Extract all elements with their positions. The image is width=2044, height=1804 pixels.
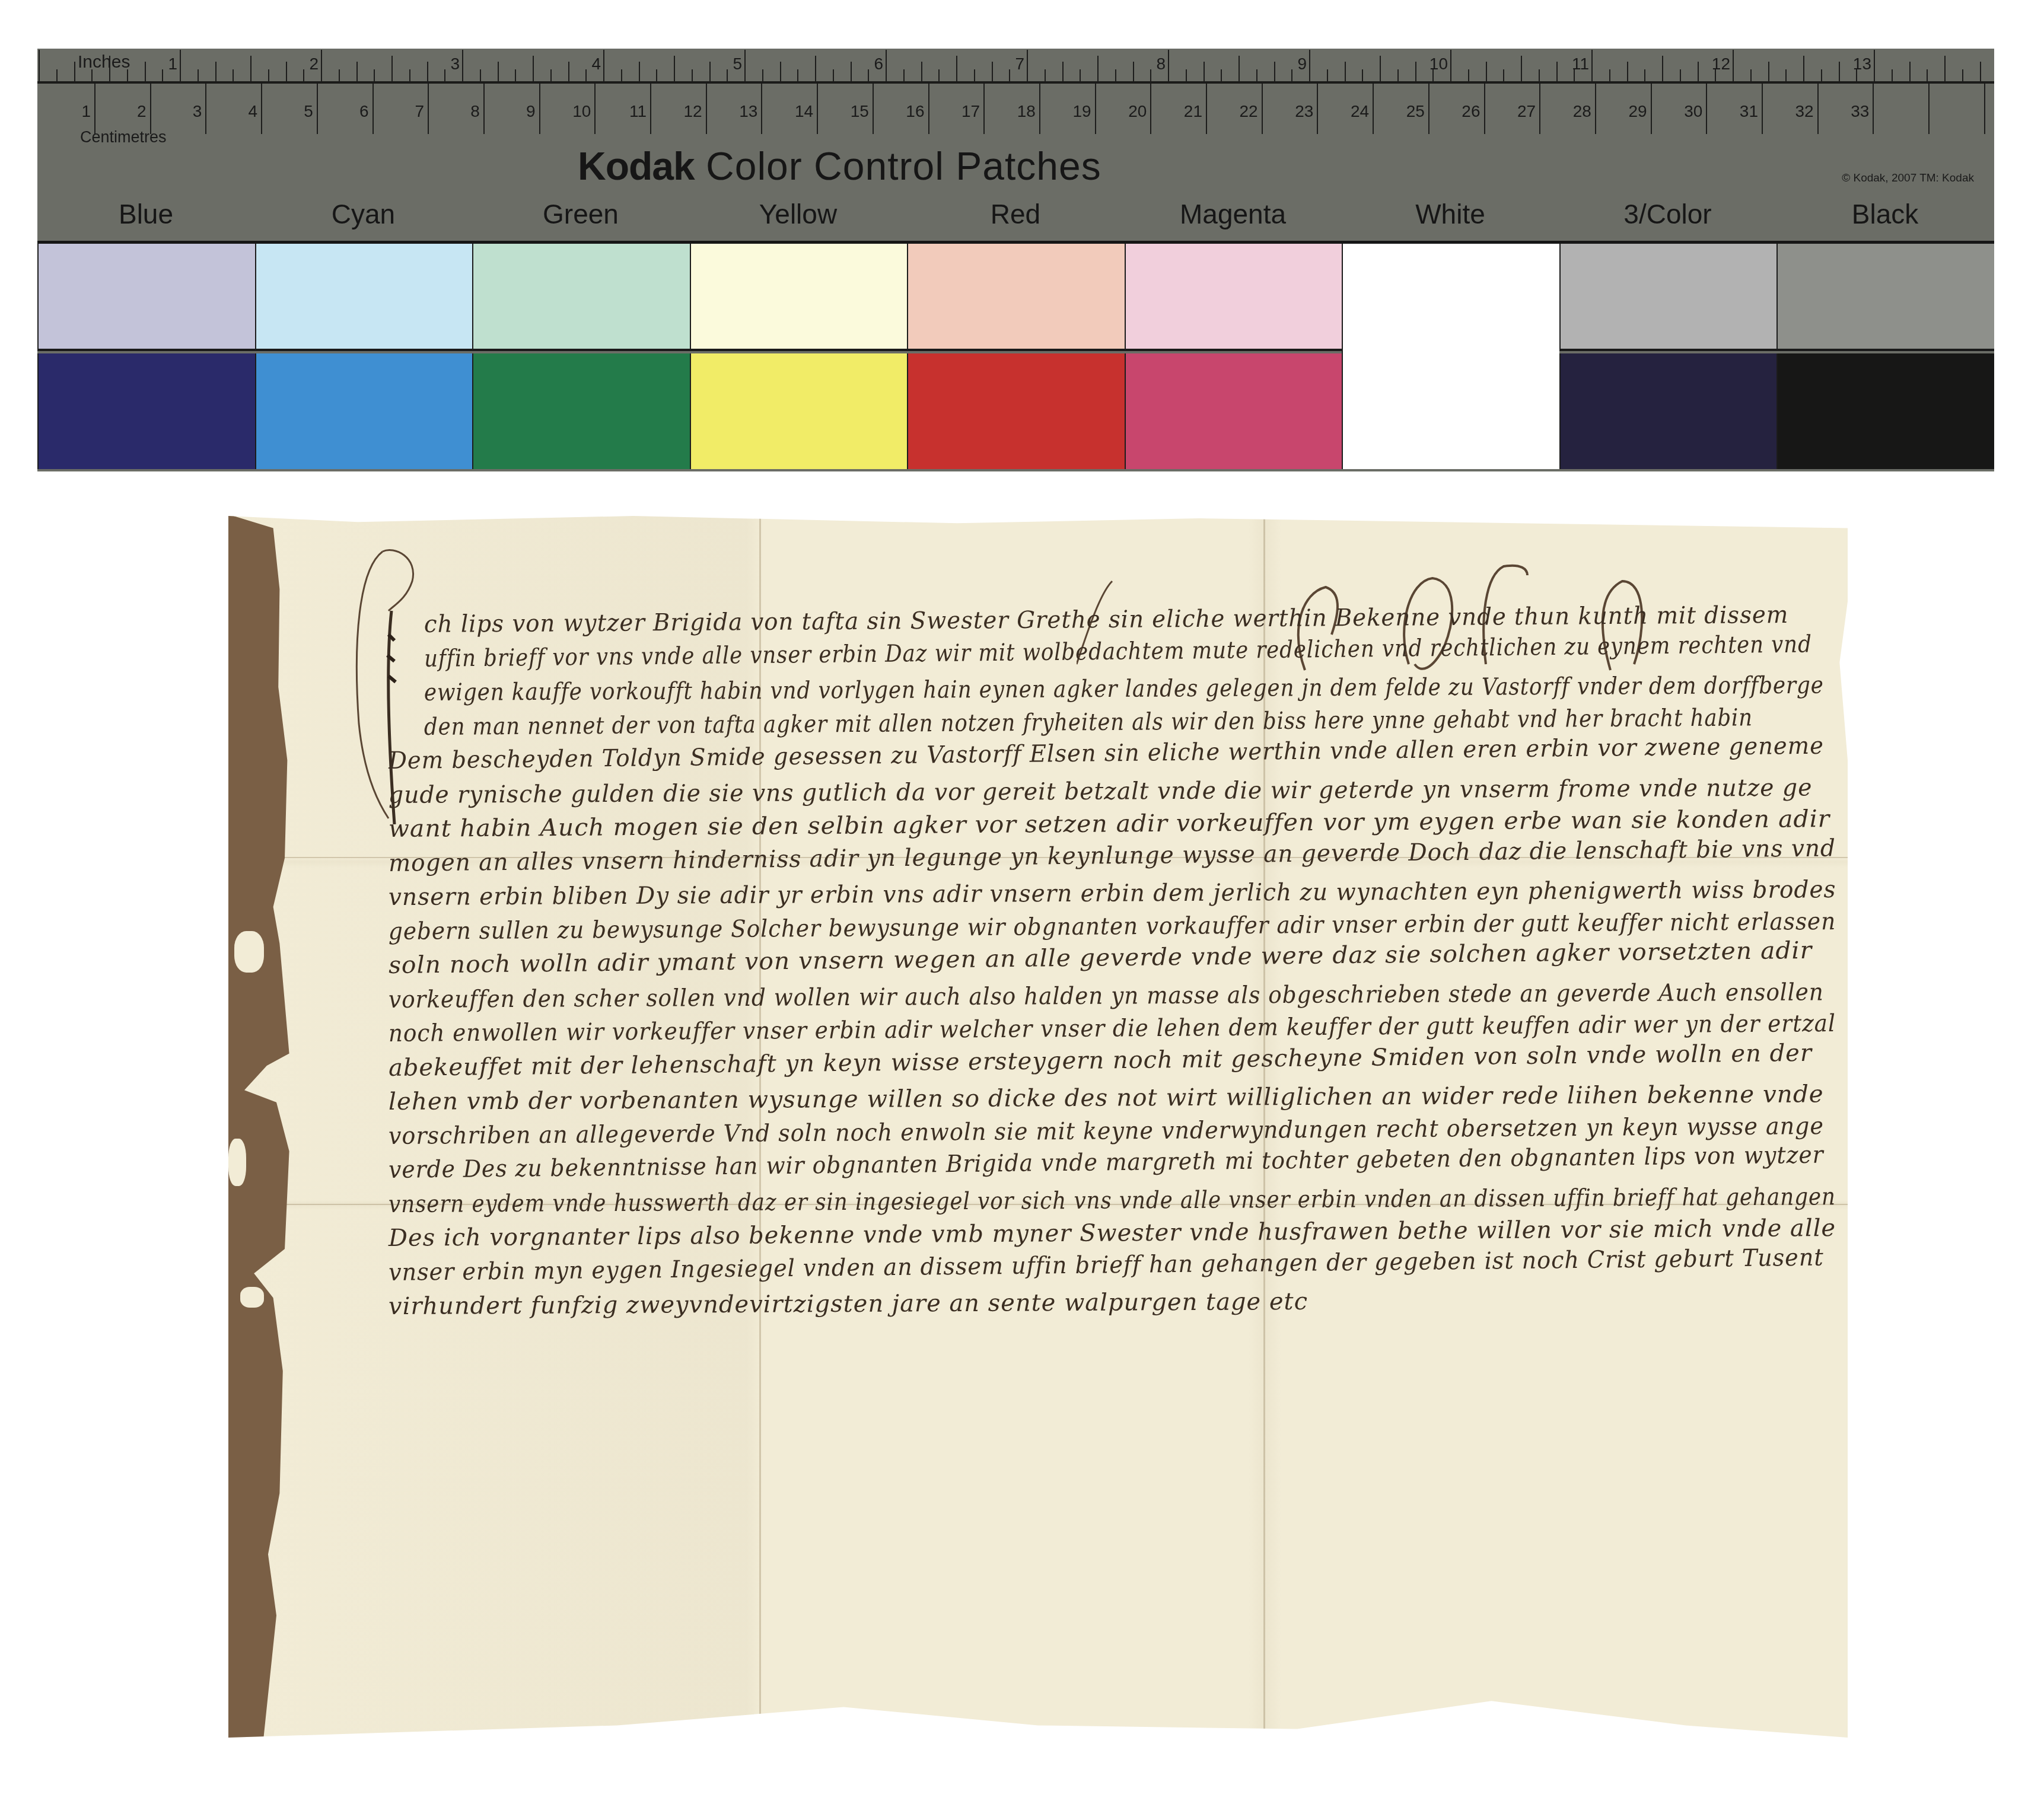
inch-tick [162, 69, 163, 82]
cm-tick [1484, 84, 1485, 134]
inch-tick [215, 62, 217, 82]
inch-tick [727, 69, 728, 82]
inch-tick [1539, 69, 1540, 82]
inch-tick [903, 69, 905, 82]
cm-tick [1706, 84, 1707, 134]
cm-tick [94, 84, 95, 134]
cm-tick [1928, 84, 1930, 134]
inch-tick [1380, 56, 1381, 82]
inch-tick [1450, 50, 1451, 82]
cm-tick [1817, 84, 1819, 134]
inch-tick [1009, 69, 1010, 82]
inch-tick [762, 69, 763, 82]
patch-black-dark [1776, 353, 1994, 469]
cm-mark-label: 9 [526, 102, 539, 121]
patch-cyan-light [255, 244, 473, 351]
inch-tick [233, 69, 234, 82]
cm-mark-label: 14 [795, 102, 817, 121]
inch-tick [709, 62, 711, 82]
cm-tick [1095, 84, 1096, 134]
patch-label-yellow: Yellow [690, 198, 907, 230]
patch-magenta-light [1125, 244, 1342, 351]
inch-tick [780, 62, 781, 82]
inch-tick [1274, 62, 1275, 82]
inch-tick [1186, 69, 1187, 82]
cm-tick [317, 84, 318, 134]
patch-yellow-light [690, 244, 908, 351]
cm-mark-label: 6 [359, 102, 372, 121]
patch-label-white: White [1342, 198, 1559, 230]
cm-mark-label: 17 [961, 102, 983, 121]
inch-tick [1045, 69, 1046, 82]
inch-tick [145, 62, 146, 82]
inch-tick [533, 56, 534, 82]
inch-tick [444, 69, 445, 82]
cm-tick [205, 84, 206, 134]
cm-tick [817, 84, 818, 134]
cm-tick [261, 84, 262, 134]
cm-tick [594, 84, 596, 134]
cm-mark-label: 26 [1462, 102, 1483, 121]
cm-mark-label: 30 [1684, 102, 1706, 121]
cm-tick [428, 84, 429, 134]
patch-cyan-dark [255, 353, 473, 469]
inch-tick [692, 69, 693, 82]
inch-mark-label: 7 [1015, 55, 1027, 74]
inch-tick [1415, 62, 1416, 82]
inch-tick [1345, 62, 1346, 82]
inch-tick [1750, 69, 1752, 82]
inch-tick [1803, 56, 1804, 82]
cm-tick [1428, 84, 1429, 134]
inch-mark-label: 3 [450, 55, 462, 74]
inch-tick [39, 50, 40, 82]
cm-mark-label: 22 [1240, 102, 1262, 121]
cm-mark-label: 4 [249, 102, 262, 121]
inch-tick [1768, 62, 1769, 82]
patch-label-magenta: Magenta [1125, 198, 1342, 230]
inch-tick [833, 69, 834, 82]
inch-tick [339, 69, 340, 82]
inch-tick [938, 69, 940, 82]
inch-tick [1874, 50, 1875, 82]
patch-label-red: Red [907, 198, 1124, 230]
patch-label-black: Black [1776, 198, 1994, 230]
cm-mark-label: 31 [1740, 102, 1762, 121]
inch-tick [1962, 69, 1963, 82]
inch-tick [1204, 62, 1205, 82]
inch-tick [550, 69, 552, 82]
inch-tick [1150, 69, 1151, 82]
inch-tick [1980, 62, 1981, 82]
inch-tick [851, 62, 852, 82]
inches-label: Inches [78, 52, 130, 72]
manuscript-line: virhundert funfzig zweyvndevirtzigsten j… [389, 1288, 1308, 1320]
cm-mark-label: 10 [572, 102, 594, 121]
cm-tick [1539, 84, 1540, 134]
inch-mark-label: 10 [1429, 55, 1450, 74]
patch-red-light [907, 244, 1125, 351]
cm-tick [1873, 84, 1874, 134]
inch-tick [1662, 56, 1663, 82]
inch-tick [462, 50, 463, 82]
inch-mark-label: 12 [1712, 55, 1733, 74]
inch-tick [1062, 62, 1064, 82]
cm-tick [1317, 84, 1318, 134]
cm-mark-label: 33 [1851, 102, 1873, 121]
inch-tick [1680, 69, 1681, 82]
copyright-notice: © Kodak, 2007 TM: Kodak [1842, 172, 1974, 185]
cm-mark-label: 19 [1072, 102, 1094, 121]
inch-tick [956, 56, 957, 82]
cm-mark-label: 7 [415, 102, 428, 121]
cm-tick [1373, 84, 1374, 134]
cm-mark-label: 5 [304, 102, 317, 121]
cm-tick [150, 84, 151, 134]
cm-mark-label: 12 [684, 102, 706, 121]
inch-tick [1927, 69, 1928, 82]
inch-tick [1486, 62, 1487, 82]
cm-tick [1206, 84, 1207, 134]
cm-mark-label: 15 [851, 102, 873, 121]
inch-tick [356, 62, 358, 82]
inch-tick [250, 56, 251, 82]
patch-black-light [1776, 244, 1994, 351]
cm-tick [1039, 84, 1040, 134]
inch-tick [374, 69, 375, 82]
cm-mark-label: 21 [1184, 102, 1206, 121]
inch-tick [268, 69, 269, 82]
cm-mark-label: 16 [906, 102, 928, 121]
inch-tick [127, 69, 128, 82]
inch-tick [1397, 69, 1399, 82]
inch-mark-label: 11 [1572, 55, 1591, 74]
inch-mark-label: 5 [733, 55, 744, 74]
inch-tick [1909, 62, 1911, 82]
inch-tick [109, 56, 110, 82]
inch-tick [744, 50, 746, 82]
cm-mark-label: 13 [739, 102, 761, 121]
inch-tick [56, 69, 58, 82]
cm-tick [1651, 84, 1652, 134]
inch-tick [91, 69, 93, 82]
centimetres-label: Centimetres [80, 128, 167, 146]
inch-tick [74, 62, 75, 82]
inch-tick [427, 62, 428, 82]
inch-tick [1239, 56, 1240, 82]
cm-mark-label: 1 [81, 102, 94, 121]
inch-tick [1785, 69, 1787, 82]
inch-mark-label: 9 [1297, 55, 1309, 74]
strip-damage [228, 1139, 246, 1186]
inch-tick [515, 69, 516, 82]
patch-magenta-dark [1125, 353, 1342, 469]
strip-damage [234, 931, 264, 973]
inch-tick [568, 62, 569, 82]
inch-tick [1698, 62, 1699, 82]
inch-tick [1256, 69, 1257, 82]
ruler-baseline [37, 81, 1994, 84]
inch-tick [1362, 69, 1363, 82]
inch-tick [1521, 56, 1522, 82]
inch-tick [1327, 69, 1328, 82]
cm-mark-label: 18 [1017, 102, 1039, 121]
patch-blue-light [37, 244, 255, 351]
cm-tick [1595, 84, 1596, 134]
cm-mark-label: 3 [193, 102, 206, 121]
inch-tick [1839, 62, 1840, 82]
inch-mark-label: 1 [168, 55, 180, 74]
inch-tick [391, 56, 393, 82]
inch-tick [797, 69, 798, 82]
inch-tick [921, 62, 922, 82]
inch-tick [1644, 69, 1645, 82]
inch-tick [1733, 50, 1734, 82]
measurement-ruler: Inches 12345678910111213 123456789101112… [37, 49, 1994, 120]
inch-tick [1892, 69, 1893, 82]
inch-tick [868, 69, 869, 82]
inch-tick [1591, 50, 1593, 82]
cm-tick [650, 84, 651, 134]
cm-mark-label: 8 [470, 102, 483, 121]
cm-mark-label: 27 [1517, 102, 1539, 121]
inch-tick [198, 69, 199, 82]
inch-tick [1291, 69, 1292, 82]
inch-tick [409, 69, 410, 82]
inch-tick [815, 56, 816, 82]
patch-white [1342, 244, 1559, 469]
cm-tick [706, 84, 707, 134]
cm-mark-label: 2 [137, 102, 150, 121]
kodak-brand: Kodak [578, 144, 695, 188]
cm-mark-label: 24 [1351, 102, 1373, 121]
kodak-color-control-chart: Inches 12345678910111213 123456789101112… [37, 49, 1994, 471]
inch-tick [1503, 69, 1504, 82]
inch-tick [1221, 69, 1222, 82]
inch-tick [321, 50, 322, 82]
inch-tick [1133, 62, 1134, 82]
cm-mark-label: 28 [1573, 102, 1595, 121]
inch-tick [1168, 50, 1169, 82]
inch-tick [1609, 69, 1610, 82]
cm-mark-label: 23 [1295, 102, 1317, 121]
cm-tick [372, 84, 374, 134]
inch-tick [1944, 56, 1946, 82]
cm-tick [761, 84, 762, 134]
cm-tick [1762, 84, 1763, 134]
cm-tick [1150, 84, 1151, 134]
inch-tick [992, 62, 993, 82]
cm-mark-label: 20 [1128, 102, 1150, 121]
inch-tick [180, 50, 181, 82]
patch-blue-dark [37, 353, 255, 469]
inch-tick [1821, 69, 1822, 82]
inch-tick [303, 69, 304, 82]
patch-label-green: Green [472, 198, 689, 230]
inch-tick [1115, 69, 1116, 82]
patch-label-3-color: 3/Color [1559, 198, 1776, 230]
patch-label-cyan: Cyan [255, 198, 472, 230]
inch-tick [1080, 69, 1081, 82]
inch-mark-label: 2 [309, 55, 321, 74]
patch-label-blue: Blue [37, 198, 254, 230]
inch-mark-label: 8 [1156, 55, 1168, 74]
inch-mark-label: 13 [1853, 55, 1874, 74]
inch-tick [974, 69, 975, 82]
patch-green-dark [472, 353, 690, 469]
inch-tick [585, 69, 587, 82]
inch-tick [1097, 56, 1099, 82]
cm-mark-label: 32 [1795, 102, 1817, 121]
patch-red-dark [907, 353, 1125, 469]
cm-tick [873, 84, 874, 134]
inch-tick [498, 62, 499, 82]
patch-yellow-dark [690, 353, 908, 469]
cm-mark-label: 11 [629, 102, 650, 121]
cm-tick [983, 84, 985, 134]
chart-title-text: Color Control Patches [706, 144, 1101, 188]
inch-mark-label: 4 [591, 55, 603, 74]
cm-tick [539, 84, 540, 134]
inch-tick [639, 62, 640, 82]
inch-tick [1309, 50, 1310, 82]
inch-tick [886, 50, 887, 82]
inch-tick [603, 50, 604, 82]
chart-title: Kodak Color Control Patches [578, 144, 1101, 189]
cm-mark-label: 25 [1406, 102, 1428, 121]
patch-green-light [472, 244, 690, 351]
cm-mark-label: 29 [1628, 102, 1650, 121]
inch-tick [1027, 50, 1028, 82]
cm-tick [483, 84, 485, 134]
inch-tick [480, 69, 481, 82]
inch-tick [621, 69, 622, 82]
strip-damage [240, 1287, 264, 1308]
manuscript-document: ch lips von wytzer Brigida von tafta sin… [228, 516, 1848, 1738]
inch-tick [286, 62, 287, 82]
inch-mark-label: 6 [874, 55, 886, 74]
cm-tick [1984, 84, 1985, 134]
inch-tick [1556, 62, 1558, 82]
patch-3-color-dark [1559, 353, 1777, 469]
inch-tick [1627, 62, 1628, 82]
cm-tick [928, 84, 929, 134]
cm-tick [1262, 84, 1263, 134]
inch-tick [1468, 69, 1469, 82]
patch-3-color-light [1559, 244, 1777, 351]
inch-tick [656, 69, 657, 82]
inch-tick [674, 56, 675, 82]
